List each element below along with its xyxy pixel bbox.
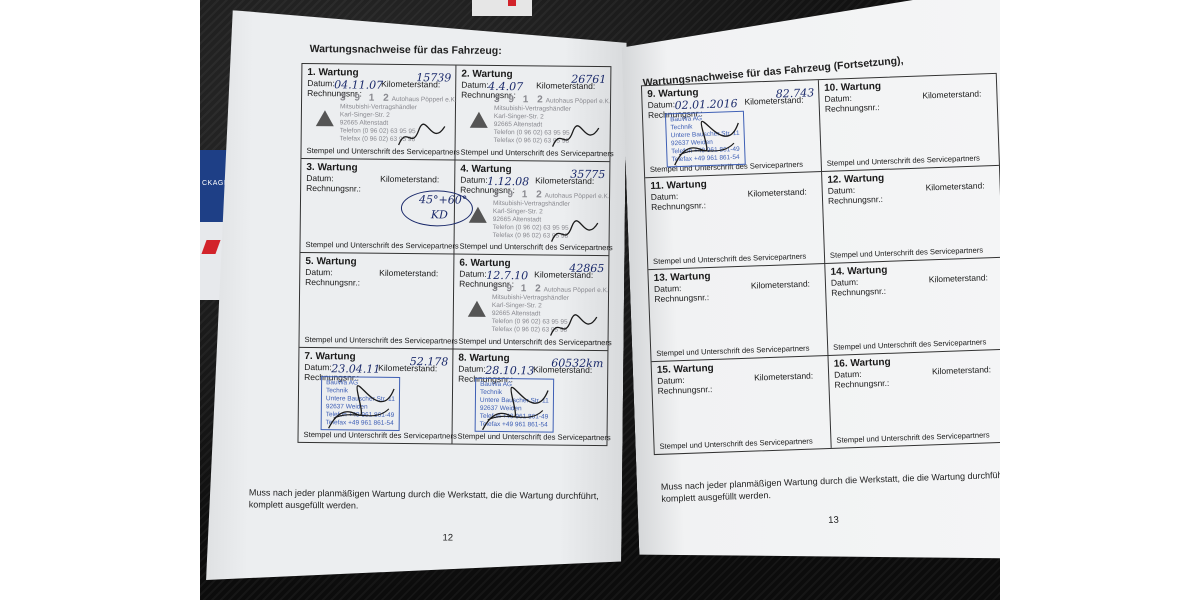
- handwritten-date: 12.7.10: [486, 269, 528, 282]
- signature-caption: Stempel und Unterschrift des Servicepart…: [653, 252, 806, 266]
- date-label: Datum:: [305, 267, 333, 277]
- handwritten-date: 04.11.07: [334, 78, 383, 92]
- date-label: Datum:: [307, 78, 335, 88]
- maintenance-grid: 9. WartungDatum:Kilometerstand:Rechnungs…: [641, 73, 1000, 455]
- handwritten-km: 15739: [416, 71, 451, 84]
- km-label: Kilometerstand:: [379, 268, 438, 279]
- handwritten-km: 26761: [571, 73, 606, 86]
- mitsubishi-logo-icon: [316, 110, 334, 126]
- signature: [319, 378, 400, 439]
- maintenance-entry: 8. WartungDatum:Kilometerstand:Rechnungs…: [452, 349, 607, 445]
- mitsubishi-logo-icon: [468, 301, 486, 317]
- km-label: Kilometerstand:: [751, 279, 810, 291]
- stamp-code: 3 9 1 2: [340, 92, 392, 104]
- mitsubishi-logo-icon: [470, 112, 488, 128]
- page-number: 13: [828, 515, 839, 526]
- km-label: Kilometerstand:: [922, 88, 981, 100]
- maintenance-entry: 15. WartungDatum:Kilometerstand:Rechnung…: [652, 356, 832, 454]
- maintenance-entry: 11. WartungDatum:Kilometerstand:Rechnung…: [645, 172, 825, 270]
- signature-caption: Stempel und Unterschrift des Servicepart…: [656, 344, 809, 358]
- handwritten-date: 23.04.11: [331, 362, 380, 376]
- signature-caption: Stempel und Unterschrift des Servicepart…: [305, 334, 458, 345]
- note: Muss nach jeder planmäßigen Wartung durc…: [661, 469, 1000, 505]
- date-label: Datum:: [459, 269, 487, 279]
- maintenance-grid: 1. WartungDatum:Kilometerstand:Rechnungs…: [297, 63, 611, 446]
- km-label: Kilometerstand:: [748, 187, 807, 199]
- signature-caption: Stempel und Unterschrift des Servicepart…: [836, 430, 989, 444]
- right-page: Wartungsnachweise für das Fahrzeug (Fort…: [620, 0, 1000, 572]
- signature-caption: Stempel und Unterschrift des Servicepart…: [827, 154, 980, 168]
- handwritten-date: 02.01.2016: [674, 97, 737, 112]
- handwritten-date: 1.12.08: [487, 174, 529, 187]
- signature: [549, 311, 599, 342]
- date-label: Datum:: [460, 174, 488, 184]
- signature-caption: Stempel und Unterschrift des Servicepart…: [306, 240, 459, 251]
- handwritten-note: KD: [431, 208, 448, 221]
- maintenance-entry: 10. WartungDatum:Kilometerstand:Rechnung…: [819, 74, 999, 172]
- maintenance-entry: 2. WartungDatum:Kilometerstand:Rechnungs…: [455, 66, 610, 162]
- signature: [473, 379, 554, 440]
- km-label: Kilometerstand:: [380, 173, 439, 184]
- signature: [397, 120, 447, 151]
- maintenance-entry: 3. WartungDatum:Kilometerstand:Rechnungs…: [300, 158, 455, 254]
- handwritten-km: 42865: [569, 262, 604, 275]
- signature-caption: Stempel und Unterschrift des Servicepart…: [659, 437, 812, 451]
- stamp-name: Autohaus Pöpperl e.K.: [544, 286, 609, 294]
- mitsubishi-logo-icon: [469, 206, 487, 222]
- signature-caption: Stempel und Unterschrift des Servicepart…: [830, 245, 983, 259]
- stamp-name: Autohaus Pöpperl e.K.: [392, 96, 457, 104]
- maintenance-entry: 7. WartungDatum:Kilometerstand:Rechnungs…: [298, 347, 453, 443]
- km-label: Kilometerstand:: [925, 180, 984, 192]
- handwritten-km: 82.743: [776, 86, 815, 100]
- handwritten-km: 60532km: [551, 356, 603, 370]
- handwritten-km: 35775: [570, 167, 605, 180]
- signature-caption: Stempel und Unterschrift des Servicepart…: [833, 337, 986, 351]
- maintenance-entry: 9. WartungDatum:Kilometerstand:Rechnungs…: [642, 80, 822, 178]
- mitsubishi-logo-icon: [201, 240, 220, 254]
- stamp-code: 3 9 1 2: [493, 188, 545, 200]
- stamp-code: 3 9 1 2: [494, 94, 546, 106]
- km-label: Kilometerstand:: [929, 272, 988, 284]
- page-number: 12: [442, 532, 453, 543]
- date-label: Datum:: [461, 80, 489, 90]
- stamp-name: Autohaus Pöpperl e.K.: [545, 192, 610, 200]
- maintenance-entry: 4. WartungDatum:Kilometerstand:Rechnungs…: [454, 160, 609, 256]
- background-card-top: [472, 0, 532, 16]
- date-label: Datum:: [458, 363, 486, 373]
- maintenance-entry: 13. WartungDatum:Kilometerstand:Rechnung…: [648, 264, 828, 362]
- signature: [663, 113, 745, 176]
- maintenance-entry: 12. WartungDatum:Kilometerstand:Rechnung…: [822, 166, 1000, 264]
- date-label: Datum:: [306, 172, 334, 182]
- signature: [551, 122, 601, 153]
- handwritten-date: 4.4.07: [488, 80, 523, 93]
- stamp-name: Autohaus Pöpperl e.K.: [546, 97, 611, 105]
- handwritten-date: 28.10.13: [485, 363, 534, 377]
- handwritten-km: 52.178: [410, 355, 449, 368]
- km-label: Kilometerstand:: [754, 370, 813, 382]
- invoice-label: Rechnungsnr.:: [305, 277, 448, 288]
- photo: CKAGE Wartungsnachweise für das Fahrzeug…: [200, 0, 1000, 600]
- maintenance-entry: 16. WartungDatum:Kilometerstand:Rechnung…: [828, 350, 1000, 448]
- signature: [550, 216, 600, 247]
- maintenance-entry: 14. WartungDatum:Kilometerstand:Rechnung…: [825, 258, 1000, 356]
- maintenance-entry: 6. WartungDatum:Kilometerstand:Rechnungs…: [453, 255, 608, 351]
- km-label: Kilometerstand:: [932, 364, 991, 376]
- page-title: Wartungsnachweise für das Fahrzeug:: [310, 43, 502, 57]
- date-label: Datum:: [304, 361, 332, 371]
- note: Muss nach jeder planmäßigen Wartung durc…: [249, 486, 599, 514]
- maintenance-entry: 1. WartungDatum:Kilometerstand:Rechnungs…: [301, 64, 456, 160]
- stamp-code: 3 9 1 2: [492, 283, 544, 295]
- maintenance-entry: 5. WartungDatum:Kilometerstand:Rechnungs…: [299, 253, 454, 349]
- left-page: Wartungsnachweise für das Fahrzeug: 1. W…: [206, 10, 627, 584]
